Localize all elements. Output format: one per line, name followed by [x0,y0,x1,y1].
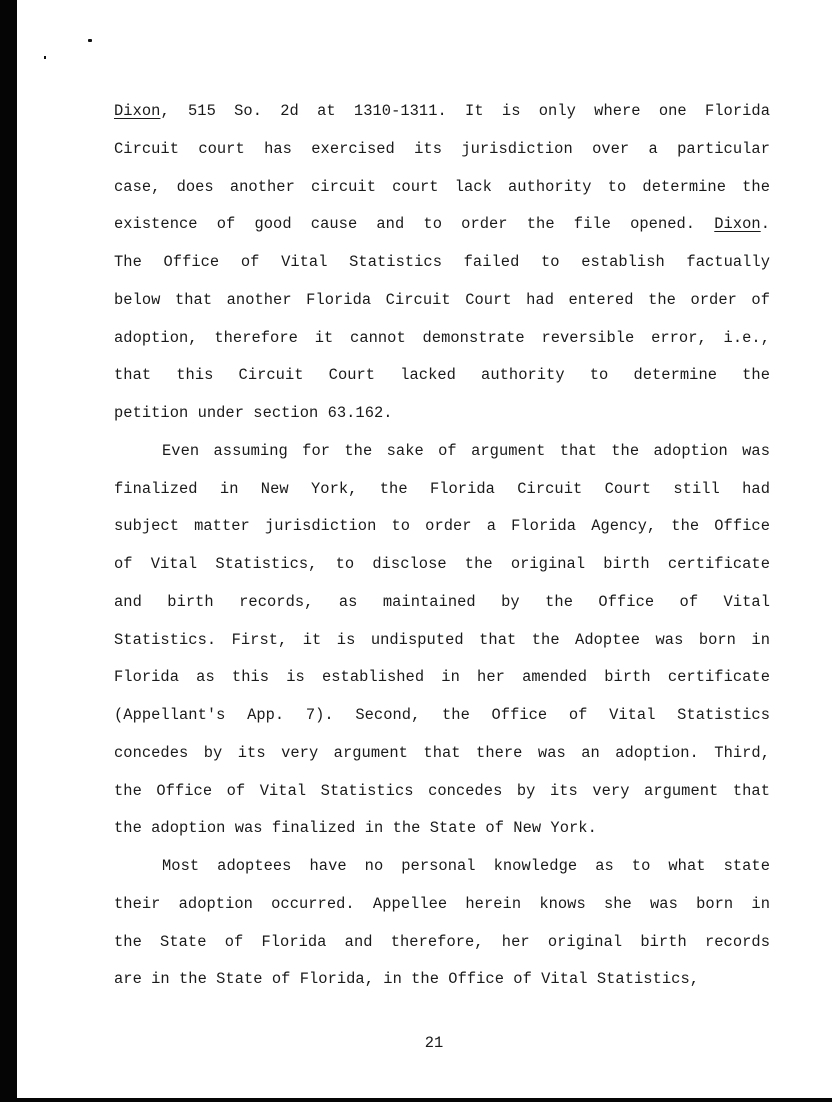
document-page: Dixon, 515 So. 2d at 1310-1311. It is on… [0,0,832,1102]
text-line: The Office of Vital Statistics failed to… [114,252,770,272]
text-run: petition under section 63.162. [114,404,393,422]
text-run: below that another Florida Circuit Court… [114,291,770,309]
text-run: Statistics. First, it is undisputed that… [114,631,770,649]
text-run: that this Circuit Court lacked authority… [114,366,770,384]
text-run: case, does another circuit court lack au… [114,178,770,196]
text-run: and birth records, as maintained by the … [114,593,770,611]
text-line: Circuit court has exercised its jurisdic… [114,139,770,159]
text-line: the Office of Vital Statistics concedes … [114,781,770,801]
page-number: 21 [0,1034,832,1052]
text-line: that this Circuit Court lacked authority… [114,365,770,385]
text-run: Florida as this is established in her am… [114,668,770,686]
text-line: their adoption occurred. Appellee herein… [114,894,770,914]
text-run: . [761,215,770,233]
text-run: subject matter jurisdiction to order a F… [114,517,770,535]
text-line: adoption, therefore it cannot demonstrat… [114,328,770,348]
text-run: their adoption occurred. Appellee herein… [114,895,770,913]
text-line: and birth records, as maintained by the … [114,592,770,612]
text-run: existence of good cause and to order the… [114,215,714,233]
text-line: Florida as this is established in her am… [114,667,770,687]
text-line: (Appellant's App. 7). Second, the Office… [114,705,770,725]
text-line: concedes by its very argument that there… [114,743,770,763]
text-line: Statistics. First, it is undisputed that… [114,630,770,650]
text-line: the adoption was finalized in the State … [114,818,770,838]
text-line: finalized in New York, the Florida Circu… [114,479,770,499]
text-run: are in the State of Florida, in the Offi… [114,970,699,988]
text-line: petition under section 63.162. [114,403,770,423]
text-run: Circuit court has exercised its jurisdic… [114,140,770,158]
text-run: , 515 So. 2d at 1310-1311. It is only wh… [160,102,770,120]
text-run: of Vital Statistics, to disclose the ori… [114,555,770,573]
text-line: existence of good cause and to order the… [114,214,770,234]
text-run: the adoption was finalized in the State … [114,819,597,837]
text-line: below that another Florida Circuit Court… [114,290,770,310]
text-line: Dixon, 515 So. 2d at 1310-1311. It is on… [114,101,770,121]
text-line: of Vital Statistics, to disclose the ori… [114,554,770,574]
text-line: are in the State of Florida, in the Offi… [114,969,770,989]
text-line: case, does another circuit court lack au… [114,177,770,197]
text-run: Even assuming for the sake of argument t… [162,442,770,460]
text-line: Even assuming for the sake of argument t… [162,441,770,461]
text-run: Most adoptees have no personal knowledge… [162,857,770,875]
text-run: finalized in New York, the Florida Circu… [114,480,770,498]
text-line: subject matter jurisdiction to order a F… [114,516,770,536]
case-citation: Dixon [714,215,760,233]
text-run: the Office of Vital Statistics concedes … [114,782,770,800]
text-line: Most adoptees have no personal knowledge… [162,856,770,876]
text-run: the State of Florida and therefore, her … [114,933,770,951]
text-line: the State of Florida and therefore, her … [114,932,770,952]
text-run: adoption, therefore it cannot demonstrat… [114,329,770,347]
text-run: (Appellant's App. 7). Second, the Office… [114,706,770,724]
text-run: concedes by its very argument that there… [114,744,770,762]
case-citation: Dixon [114,102,160,120]
text-run: The Office of Vital Statistics failed to… [114,253,770,271]
